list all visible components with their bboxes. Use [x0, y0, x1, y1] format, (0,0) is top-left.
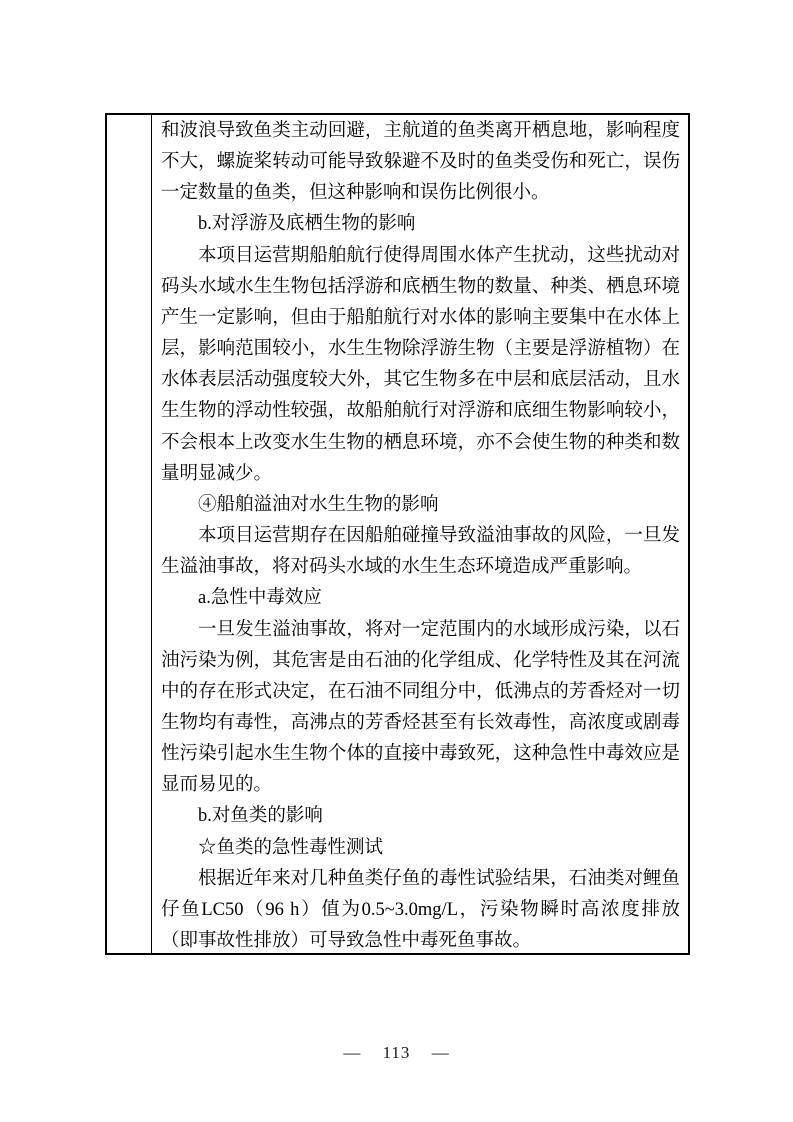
left-gutter-cell: [107, 115, 152, 953]
paragraph-continuation: 和波浪导致鱼类主动回避，主航道的鱼类离开栖息地，影响程度不大，螺旋桨转动可能导致…: [161, 116, 680, 209]
document-page: 和波浪导致鱼类主动回避，主航道的鱼类离开栖息地，影响程度不大，螺旋桨转动可能导致…: [0, 0, 793, 1122]
page-number: 113: [383, 1042, 411, 1064]
heading-b-plankton-benthos-impact: b.对浮游及底栖生物的影响: [161, 209, 680, 240]
heading-a-acute-toxicity-effect: a.急性中毒效应: [161, 583, 680, 614]
footer-right-dash: —: [432, 1042, 450, 1064]
paragraph-ship-disturbance: 本项目运营期船舶航行使得周围水体产生扰动，这些扰动对码头水域水生生物包括浮游和底…: [161, 241, 680, 490]
paragraph-lc50-test-result: 根据近年来对几种鱼类仔鱼的毒性试验结果，石油类对鲤鱼仔鱼LC50（96 h）值为…: [161, 864, 680, 953]
paragraph-acute-toxicity-detail: 一旦发生溢油事故，将对一定范围内的水域形成污染，以石油污染为例，其危害是由石油的…: [161, 615, 680, 802]
paragraph-oil-spill-risk: 本项目运营期存在因船舶碰撞导致溢油事故的风险，一旦发生溢油事故，将对码头水域的水…: [161, 521, 680, 583]
heading-b-fish-impact: b.对鱼类的影响: [161, 801, 680, 832]
heading-4-oil-spill-impact: ④船舶溢油对水生生物的影响: [161, 490, 680, 521]
footer-left-dash: —: [343, 1042, 361, 1064]
document-table: 和波浪导致鱼类主动回避，主航道的鱼类离开栖息地，影响程度不大，螺旋桨转动可能导致…: [105, 113, 690, 955]
subheading-fish-acute-toxicity-test: ☆鱼类的急性毒性测试: [161, 833, 680, 864]
content-cell: 和波浪导致鱼类主动回避，主航道的鱼类离开栖息地，影响程度不大，螺旋桨转动可能导致…: [152, 115, 688, 953]
page-footer: — 113 —: [0, 1042, 793, 1064]
